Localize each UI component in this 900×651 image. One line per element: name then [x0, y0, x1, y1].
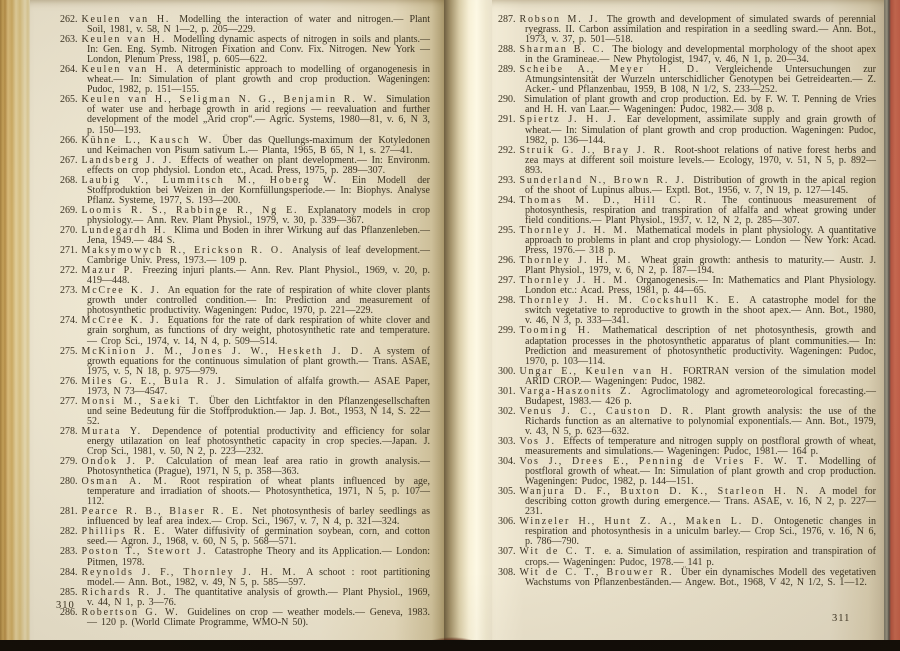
reference-number: 263.	[60, 34, 78, 45]
reference-number: 285.	[60, 587, 78, 598]
reference-item: 286.Robertson G. W. Guidelines on crop —…	[60, 608, 430, 628]
page-edge-stack	[0, 0, 30, 644]
reference-number: 293.	[498, 175, 516, 186]
reference-number: 289.	[498, 64, 516, 75]
reference-item: 293.Sunderland N., Brown R. J. Distribut…	[498, 176, 876, 196]
reference-list-left: 262.Keulen van H. Modelling the interact…	[60, 15, 430, 628]
reference-number: 292.	[498, 145, 516, 156]
reference-item: 301.Varga-Haszonits Z. Agroclimatology a…	[498, 387, 876, 407]
reference-item: 275.McKinion J. M., Jones J. W., Hesketh…	[60, 347, 430, 377]
reference-number: 306.	[498, 516, 516, 527]
reference-item: 303.Vos J. Effects of temperature and ni…	[498, 437, 876, 457]
reference-number: 280.	[60, 476, 78, 487]
reference-item: 265.Keulen van H., Seligman N. G., Benja…	[60, 95, 430, 135]
reference-list-right: 287.Robson M. J. The growth and developm…	[498, 15, 876, 588]
reference-item: 264.Keulen van H. A deterministic approa…	[60, 65, 430, 95]
reference-number: 283.	[60, 546, 78, 557]
reference-item: 278.Murata Y. Dependence of potential pr…	[60, 427, 430, 457]
reference-number: 303.	[498, 436, 516, 447]
reference-number: 287.	[498, 14, 516, 25]
reference-number: 272.	[60, 265, 78, 276]
reference-number: 265.	[60, 94, 78, 105]
reference-number: 264.	[60, 64, 78, 75]
reference-item: 284.Reynolds J. F., Thornley J. H. M. A …	[60, 568, 430, 588]
reference-number: 295.	[498, 225, 516, 236]
reference-text: Simulation of plant growth and crop prod…	[520, 94, 877, 115]
reference-item: 273.McCree K. J. An equation for the rat…	[60, 286, 430, 316]
reference-number: 266.	[60, 135, 78, 146]
reference-number: 262.	[60, 14, 78, 25]
reference-number: 279.	[60, 456, 78, 467]
reference-number: 274.	[60, 315, 78, 326]
reference-item: 288.Sharman B. C. The biology and develo…	[498, 45, 876, 65]
reference-item: 281.Pearce R. B., Blaser R. E. Net photo…	[60, 507, 430, 527]
reference-number: 298.	[498, 295, 516, 306]
reference-item: 296.Thornley J. H. M. Wheat grain growth…	[498, 256, 876, 276]
reference-item: 298.Thornley J. H. M. Cockshull K. E. A …	[498, 296, 876, 326]
reference-item: 287.Robson M. J. The growth and developm…	[498, 15, 876, 45]
reference-number: 291.	[498, 114, 516, 125]
page-number-right: 311	[832, 613, 850, 624]
reference-text: Effects of temperature and nitrogen supp…	[525, 436, 876, 457]
reference-item: 299.Tooming H. Mathematical description …	[498, 326, 876, 366]
reference-item: 305.Wanjura D. F., Buxton D. K., Starleo…	[498, 487, 876, 517]
reference-item: 291.Spiertz J. H. J. Ear development, as…	[498, 115, 876, 145]
reference-item: 297.Thornley J. H. M. Organogenesis.— In…	[498, 276, 876, 296]
reference-item: 294.Thomas M. D., Hill C. R. The continu…	[498, 196, 876, 226]
reference-number: 268.	[60, 175, 78, 186]
reference-item: 276.Miles G. E., Bula R. J. Simulation o…	[60, 377, 430, 397]
reference-item: 270.Lundegardh H. Klima und Boden in ihr…	[60, 226, 430, 246]
reference-item: 267.Landsberg J. J. Effects of weather o…	[60, 156, 430, 176]
reference-text: Freezing injuri plants.— Ann. Rev. Plant…	[87, 265, 430, 286]
reference-number: 278.	[60, 426, 78, 437]
reference-number: 284.	[60, 567, 78, 578]
reference-number: 276.	[60, 376, 78, 387]
reference-item: 266.Kühne L., Kausch W. Über das Quellun…	[60, 136, 430, 156]
book-gutter-shadow	[444, 0, 492, 644]
reference-item: 283.Poston T., Stewort J. Catastrophe Th…	[60, 547, 430, 567]
page-number-left: 310	[56, 600, 75, 611]
reference-item: 292.Struik G. J., Bray J. R. Root-shoot …	[498, 146, 876, 176]
reference-item: 269.Loomis R. S., Rabbinge R., Ng E. Exp…	[60, 206, 430, 226]
reference-number: 288.	[498, 44, 516, 55]
reference-item: 295.Thornley J. H. M. Mathematical model…	[498, 226, 876, 256]
reference-number: 294.	[498, 195, 516, 206]
reference-item: 304.Vos J., Drees E., Penning de Vries F…	[498, 457, 876, 487]
reference-number: 304.	[498, 456, 516, 467]
reference-item: 280.Osman A. M. Root respiration of whea…	[60, 477, 430, 507]
reference-number: 301.	[498, 386, 516, 397]
reference-item: 300.Ungar E., Keulen van H. FORTRAN vers…	[498, 367, 876, 387]
reference-number: 307.	[498, 546, 516, 557]
reference-number: 290.	[498, 94, 516, 105]
reference-number: 277.	[60, 396, 78, 407]
book-cover-edge	[884, 0, 900, 651]
reference-number: 273.	[60, 285, 78, 296]
open-book-photo: 262.Keulen van H. Modelling the interact…	[0, 0, 900, 651]
reference-number: 296.	[498, 255, 516, 266]
reference-number: 267.	[60, 155, 78, 166]
reference-item: 272.Mazur P. Freezing injuri plants.— An…	[60, 266, 430, 286]
reference-item: 282.Phillips R. E. Water diffusivity of …	[60, 527, 430, 547]
reference-number: 299.	[498, 325, 516, 336]
reference-number: 281.	[60, 506, 78, 517]
reference-number: 275.	[60, 346, 78, 357]
reference-number: 300.	[498, 366, 516, 377]
reference-item: 306.Winzeler H., Hunt Z. A., Maken L. D.…	[498, 517, 876, 547]
reference-item: 262.Keulen van H. Modelling the interact…	[60, 15, 430, 35]
reference-item: 307.Wit de C. T. e. a. Simulation of ass…	[498, 547, 876, 567]
reference-number: 270.	[60, 225, 78, 236]
reference-number: 282.	[60, 526, 78, 537]
reference-item: 277.Monsi M., Saeki T. Über den Lichtfak…	[60, 397, 430, 427]
reference-item: 308.Wit de C. T., Brouwer R. Über ein dy…	[498, 568, 876, 588]
reference-number: 271.	[60, 245, 78, 256]
reference-item: 302.Venus J. C., Causton D. R. Plant gro…	[498, 407, 876, 437]
reference-number: 308.	[498, 567, 516, 578]
reference-item: 289.Scheibe A., Meyer H. D. Vergleichend…	[498, 65, 876, 95]
reference-item: 279.Ondok J. P. Calculation of mean leaf…	[60, 457, 430, 477]
reference-number: 269.	[60, 205, 78, 216]
reference-item: 268.Laubig V., Lummitsch M., Hoberg W. E…	[60, 176, 430, 206]
reference-item: 285.Richards R. J. The quantitative anal…	[60, 588, 430, 608]
reference-number: 305.	[498, 486, 516, 497]
reference-number: 297.	[498, 275, 516, 286]
reference-item: 290. Simulation of plant growth and crop…	[498, 95, 876, 115]
reference-item: 271.Maksymowych R., Erickson R. O. Analy…	[60, 246, 430, 266]
reference-number: 302.	[498, 406, 516, 417]
bottom-shadow-band	[0, 640, 900, 651]
reference-item: 263.Keulen van H. Modelling dynamic aspe…	[60, 35, 430, 65]
reference-item: 274.McCree K. J. Equations for the rate …	[60, 316, 430, 346]
